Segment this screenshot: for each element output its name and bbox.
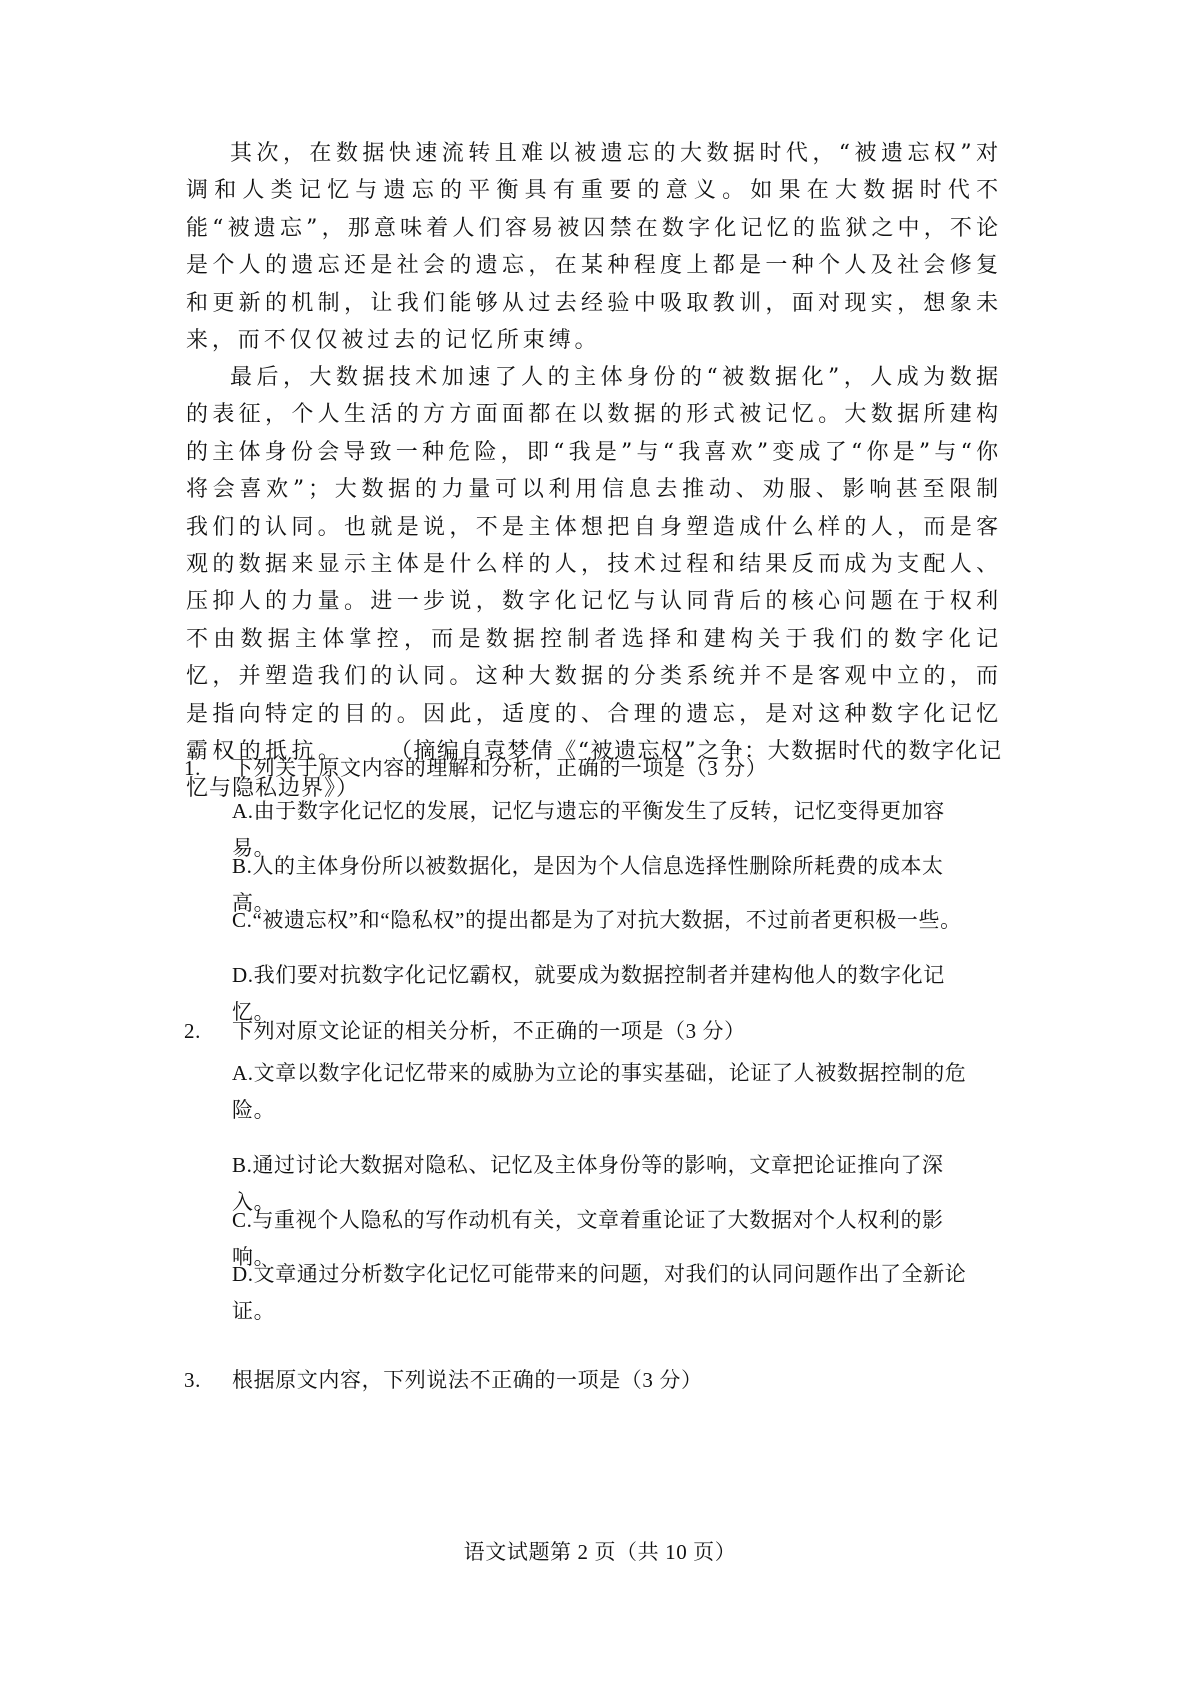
question-1-stem: 1.下列关于原文内容的理解和分析，正确的一项是（3 分） (184, 753, 767, 783)
exam-page: 其次，在数据快速流转且难以被遗忘的大数据时代，“被遗忘权”对调和人类记忆与遗忘的… (0, 0, 1200, 1698)
question-1-option-c: C.“被遗忘权”和“隐私权”的提出都是为了对抗大数据，不过前者更积极一些。 (232, 902, 972, 939)
question-number: 2. (184, 1016, 232, 1046)
passage-paragraph-text: 最后，大数据技术加速了人的主体身份的“被数据化”，人成为数据的表征，个人生活的方… (186, 365, 1002, 764)
passage-paragraph: 最后，大数据技术加速了人的主体身份的“被数据化”，人成为数据的表征，个人生活的方… (186, 359, 1002, 808)
question-text: 下列对原文论证的相关分析，不正确的一项是（3 分） (232, 1019, 746, 1043)
question-2-option-a: A.文章以数字化记忆带来的威胁为立论的事实基础，论证了人被数据控制的危险。 (232, 1055, 972, 1129)
question-number: 3. (184, 1365, 232, 1395)
question-3-stem: 3.根据原文内容，下列说法不正确的一项是（3 分） (184, 1365, 703, 1395)
question-2-stem: 2.下列对原文论证的相关分析，不正确的一项是（3 分） (184, 1016, 746, 1046)
page-footer: 语文试题第 2 页（共 10 页） (0, 1536, 1200, 1566)
passage-paragraph: 其次，在数据快速流转且难以被遗忘的大数据时代，“被遗忘权”对调和人类记忆与遗忘的… (186, 135, 1002, 359)
question-number: 1. (184, 753, 232, 783)
question-2-option-d: D.文章通过分析数字化记忆可能带来的问题，对我们的认同问题作出了全新论证。 (232, 1256, 972, 1330)
question-text: 下列关于原文内容的理解和分析，正确的一项是（3 分） (232, 756, 767, 780)
question-text: 根据原文内容，下列说法不正确的一项是（3 分） (232, 1368, 703, 1392)
